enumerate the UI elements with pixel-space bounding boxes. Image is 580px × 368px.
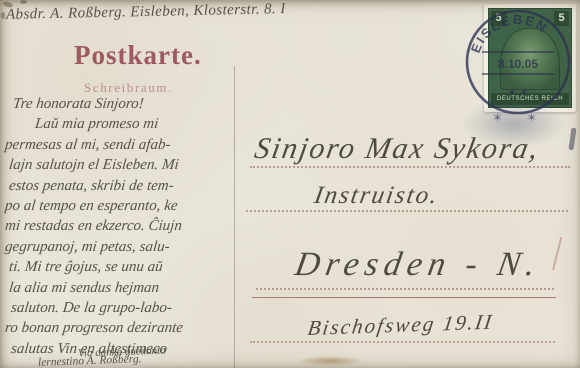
divider-line xyxy=(234,66,235,368)
message-line: Laŭ mia promeso mi xyxy=(34,114,236,134)
address-rule xyxy=(252,297,556,298)
paper-speck xyxy=(1,12,5,19)
paper-stain xyxy=(298,356,362,366)
postmark-city: EISLEBEN xyxy=(468,12,551,55)
signature-name: lernestino A. Roßberg. xyxy=(38,353,142,368)
address-street: Bischofsweg 19.II xyxy=(306,310,495,341)
message-line: gegrupanoj, mi petas, salu- xyxy=(4,237,236,257)
edge-ink-mark xyxy=(568,128,576,150)
postcard-title: Postkarte. xyxy=(74,40,202,71)
message-line: estos penata, skribi de tem- xyxy=(8,176,236,196)
sender-line: Absdr. A. Roßberg. Eisleben, Klosterstr.… xyxy=(6,1,286,24)
address-dotted-line xyxy=(250,341,555,343)
message-line: po al tempo en esperanto, ke xyxy=(4,196,236,216)
message-line: mi restadas en ekzerco. Ĉiujn xyxy=(4,216,236,236)
red-scribble-mark xyxy=(552,237,574,273)
address-occupation: Instruisto. xyxy=(312,182,441,210)
postcard: Absdr. A. Roßberg. Eisleben, Klosterstr.… xyxy=(0,0,580,368)
message-line: ro bonan progreson dezirante xyxy=(4,318,236,338)
smudge-stars-icon: ✶ ✶ xyxy=(492,110,547,126)
message-block: Tre honorata Sinjoro! Laŭ mia promeso mi… xyxy=(4,94,234,359)
message-line: lajn salutojn el Eisleben. Mi xyxy=(8,155,236,175)
svg-text:EISLEBEN: EISLEBEN xyxy=(468,12,551,55)
address-dotted-line xyxy=(256,288,554,290)
address-dotted-line xyxy=(246,210,568,212)
postmark-date: 8.10.05 xyxy=(498,57,538,71)
address-city: Dresden - N. xyxy=(292,246,544,284)
message-line: permesas al mi, sendi afab- xyxy=(4,135,236,155)
message-line: la alia mi sendus hejman xyxy=(8,278,236,298)
address-dotted-line xyxy=(250,166,570,168)
postmark-stars: ✶ ✶ xyxy=(507,87,528,99)
message-line: Tre honorata Sinjoro! xyxy=(12,94,236,114)
paper-speck xyxy=(20,0,27,4)
message-line: ti. Mi tre ĝojus, se unu aŭ xyxy=(8,257,236,277)
message-line: saluton. De la grupo-labo- xyxy=(10,298,236,318)
